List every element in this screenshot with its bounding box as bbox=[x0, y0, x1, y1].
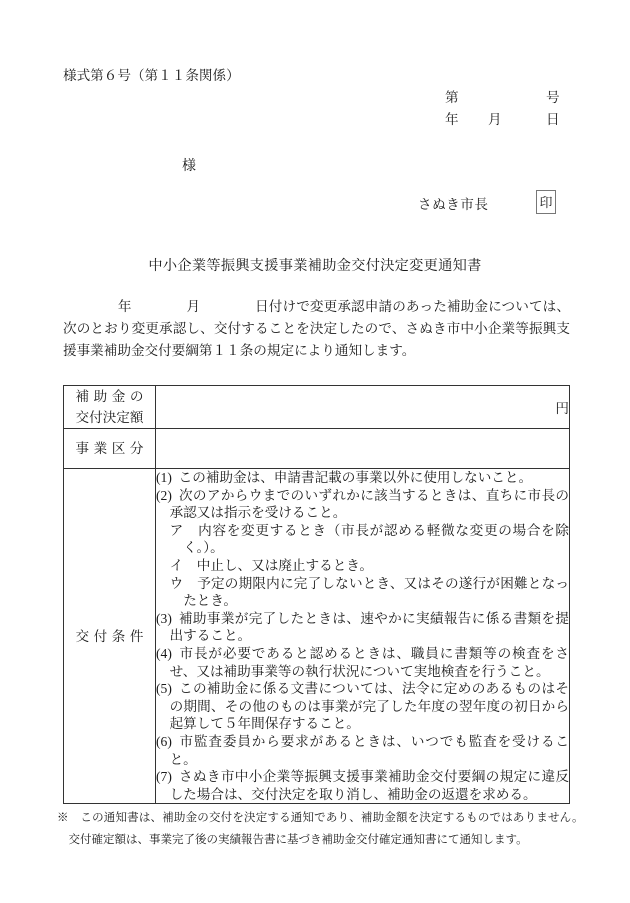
table-row-conditions: 交付条件 (1) この補助金は、申請書記載の事業以外に使用しないこと。(2) 次… bbox=[64, 469, 570, 804]
body-paragraph: 年 月 日付けで変更承認申請のあった補助金については、次のとおり変更承認し、交付… bbox=[63, 296, 570, 362]
amount-label-cell: 補助金の 交付決定額 bbox=[64, 386, 156, 429]
category-label: 事業区分 bbox=[76, 438, 144, 459]
condition-subitem: ウ 予定の期限内に完了しないとき、又はその遂行が困難となったとき。 bbox=[156, 575, 569, 610]
conditions-list: (1) この補助金は、申請書記載の事業以外に使用しないこと。(2) 次のアからウ… bbox=[156, 469, 569, 803]
sender-name: さぬき市長 bbox=[418, 193, 488, 213]
conditions-value-cell: (1) この補助金は、申請書記載の事業以外に使用しないこと。(2) 次のアからウ… bbox=[156, 469, 570, 804]
footnote-marker: ※ bbox=[57, 812, 69, 824]
condition-item: (5) この補助金に係る文書については、法令に定めのあるものはその期間、その他の… bbox=[156, 680, 569, 733]
footnote-text: この通知書は、補助金の交付を決定する通知であり、補助金額を決定するものではありま… bbox=[69, 812, 584, 846]
notification-document-page: 様式第６号（第１１条関係） 第 号 年 月 日 様 さぬき市長 印 中小企業等振… bbox=[0, 0, 630, 903]
condition-item: (7) さぬき市中小企業等振興支援事業補助金交付要綱の規定に違反した場合は、交付… bbox=[156, 768, 569, 803]
condition-subitem: ア 内容を変更するとき（市長が認める軽微な変更の場合を除く。）。 bbox=[156, 522, 569, 557]
date-year-label: 年 bbox=[445, 108, 459, 128]
doc-number-suffix: 号 bbox=[546, 86, 560, 106]
form-number: 様式第６号（第１１条関係） bbox=[63, 64, 240, 84]
conditions-label: 交付条件 bbox=[76, 626, 144, 647]
amount-label-line1: 補助金の bbox=[76, 386, 144, 407]
table-row-amount: 補助金の 交付決定額 円 bbox=[64, 386, 570, 429]
condition-item: (1) この補助金は、申請書記載の事業以外に使用しないこと。 bbox=[156, 469, 569, 487]
conditions-label-cell: 交付条件 bbox=[64, 469, 156, 804]
condition-subitem: イ 中止し、又は廃止するとき。 bbox=[156, 557, 569, 575]
table-row-category: 事業区分 bbox=[64, 429, 570, 469]
date-day-label: 日 bbox=[546, 108, 560, 128]
category-label-cell: 事業区分 bbox=[64, 429, 156, 469]
condition-item: (4) 市長が必要であると認めるときは、職員に書類等の検査をさせ、又は補助事業等… bbox=[156, 645, 569, 680]
footnote: ※ この通知書は、補助金の交付を決定する通知であり、補助金額を決定するものではあ… bbox=[57, 807, 584, 851]
addressee-suffix: 様 bbox=[182, 155, 196, 175]
amount-value-cell: 円 bbox=[156, 386, 570, 429]
condition-item: (2) 次のアからウまでのいずれかに該当するときは、直ちに市長の承認又は指示を受… bbox=[156, 487, 569, 522]
date-month-label: 月 bbox=[488, 108, 502, 128]
document-title: 中小企業等振興支援事業補助金交付決定変更通知書 bbox=[0, 255, 630, 275]
footnote-spacer bbox=[69, 812, 81, 824]
doc-number-prefix: 第 bbox=[445, 86, 459, 106]
condition-item: (6) 市監査委員から要求があるときは、いつでも監査を受けること。 bbox=[156, 733, 569, 768]
category-value-cell bbox=[156, 429, 570, 469]
grant-details-table: 補助金の 交付決定額 円 事業区分 交付条件 (1) この補助金は、申請書記載の… bbox=[63, 385, 570, 804]
amount-label-line2: 交付決定額 bbox=[76, 407, 144, 428]
seal-stamp: 印 bbox=[536, 190, 556, 214]
condition-item: (3) 補助事業が完了したときは、速やかに実績報告に係る書類を提出すること。 bbox=[156, 610, 569, 645]
